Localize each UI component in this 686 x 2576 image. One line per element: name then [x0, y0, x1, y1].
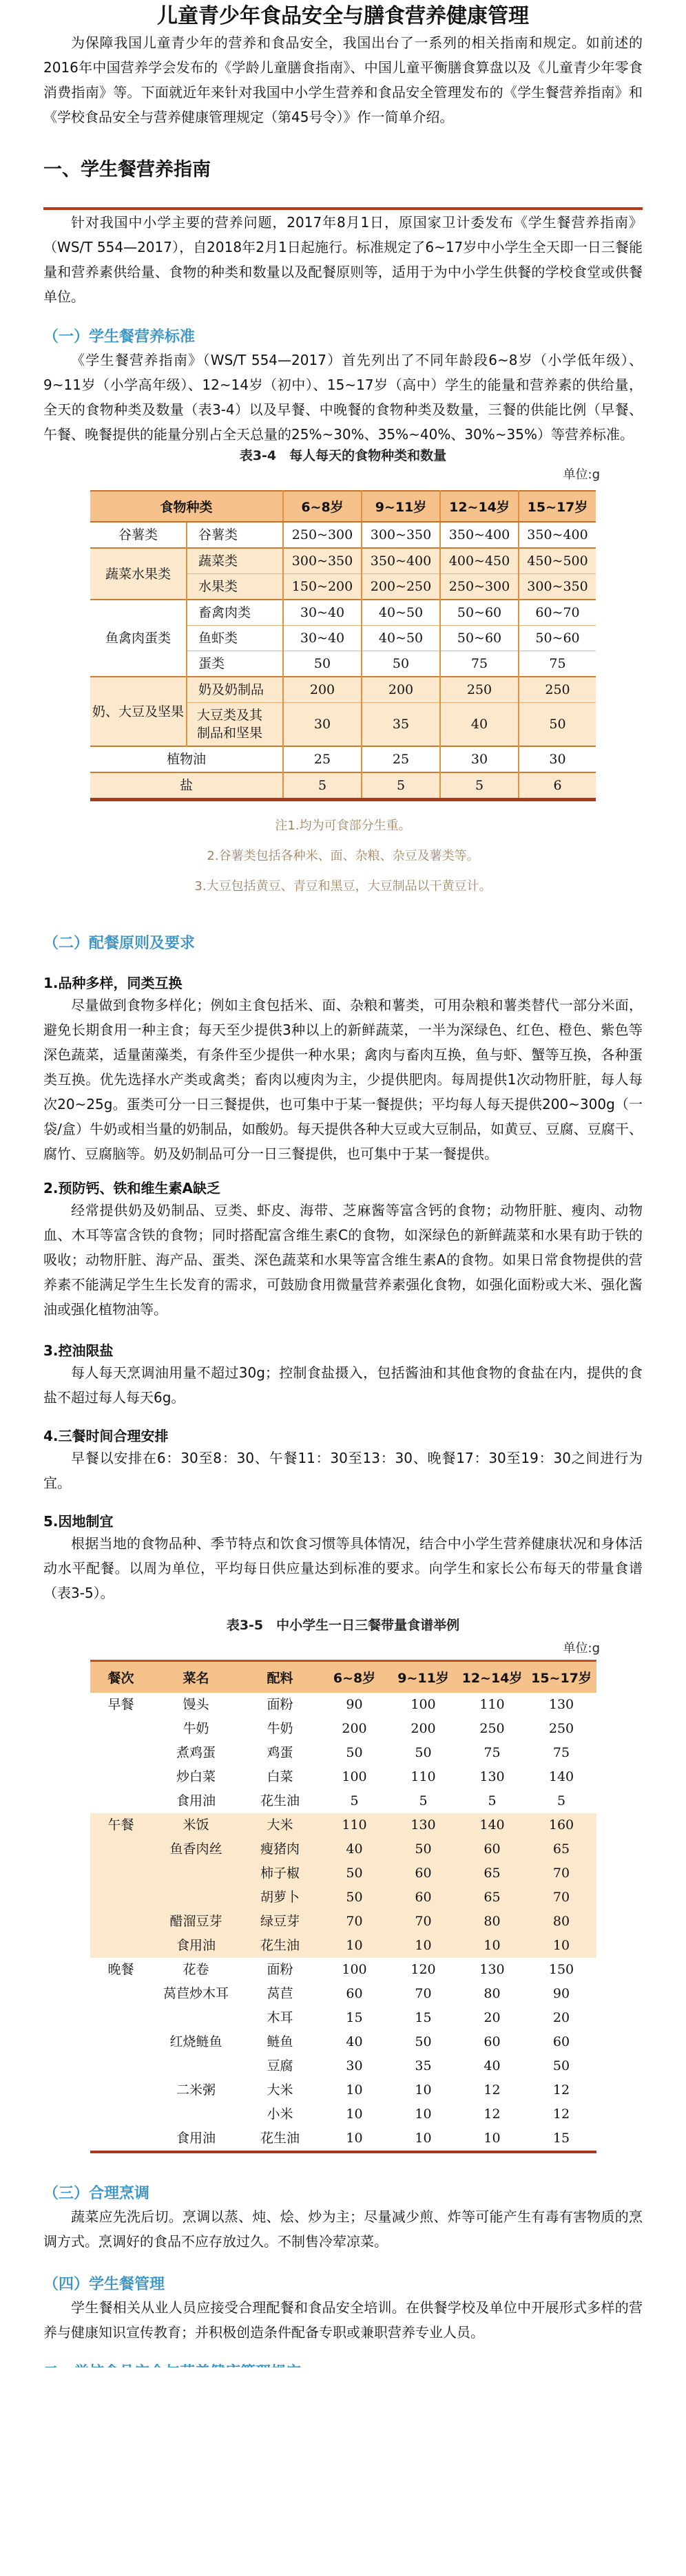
value-cell: 300~350 [362, 522, 440, 548]
value-cell: 75 [519, 651, 596, 677]
value-cell: 5 [440, 772, 519, 800]
table-row: 鱼香肉丝 瘦猪肉 40 50 60 65 [90, 1837, 596, 1861]
ingredient-cell: 莴苣 [240, 1982, 320, 2006]
value-cell: 60 [527, 2030, 596, 2054]
value-cell: 40 [458, 2054, 527, 2078]
value-cell: 250 [458, 1717, 527, 1741]
dish-cell [152, 2054, 240, 2078]
value-cell: 65 [527, 1837, 596, 1861]
dish-cell: 鱼香肉丝 [152, 1837, 240, 1861]
meal-cell [90, 2078, 152, 2102]
document-page: 儿童青少年食品安全与膳食营养健康管理 为保障我国儿童青少年的营养和食品安全，我国… [0, 3, 686, 2367]
ingredient-cell: 白菜 [240, 1765, 320, 1789]
value-cell: 200 [283, 677, 362, 703]
value-cell: 10 [389, 1934, 458, 1958]
ingredient-cell: 柿子椒 [240, 1861, 320, 1886]
value-cell: 50~60 [519, 626, 596, 651]
value-cell: 50 [527, 2054, 596, 2078]
value-cell: 200~250 [362, 574, 440, 600]
value-cell: 65 [458, 1861, 527, 1886]
column-header: 食物种类 [90, 491, 283, 522]
table-row: 奶、大豆及坚果 奶及奶制品 200 200 250 250 [90, 677, 596, 703]
value-cell: 50 [389, 2030, 458, 2054]
table-row: 胡萝卜 50 60 65 70 [90, 1886, 596, 1910]
table-note: 2.谷薯类包括各种米、面、杂粮、杂豆及薯类等。 [43, 848, 643, 865]
table-row: 煮鸡蛋 鸡蛋 50 50 75 75 [90, 1741, 596, 1765]
value-cell: 12 [458, 2102, 527, 2126]
dish-cell: 煮鸡蛋 [152, 1741, 240, 1765]
table-row: 谷薯类 谷薯类 250~300 300~350 350~400 350~400 [90, 522, 596, 548]
food-group-cell: 谷薯类 [90, 522, 187, 548]
value-cell: 130 [389, 1813, 458, 1837]
item-2-paragraph: 经常提供奶及奶制品、豆类、虾皮、海带、芝麻酱等富含钙的食物；动物肝脏、瘦肉、动物… [43, 1198, 643, 1322]
value-cell: 350~400 [362, 548, 440, 574]
food-sub-cell: 蛋类 [187, 651, 283, 677]
value-cell: 50 [362, 651, 440, 677]
value-cell: 250~300 [440, 574, 519, 600]
dish-cell: 莴苣炒木耳 [152, 1982, 240, 2006]
meal-cell: 午餐 [90, 1813, 152, 1837]
value-cell: 5 [389, 1789, 458, 1813]
value-cell: 20 [458, 2006, 527, 2030]
value-cell: 10 [389, 2078, 458, 2102]
value-cell: 40 [320, 1837, 389, 1861]
value-cell: 130 [458, 1958, 527, 1982]
value-cell: 12 [527, 2078, 596, 2102]
value-cell: 10 [458, 1934, 527, 1958]
subsection-1-heading: （一）学生餐营养标准 [43, 327, 643, 348]
table-3-5-caption: 表3-5 中小学生一日三餐带量食谱举例 [43, 1616, 643, 1635]
value-cell: 150~200 [283, 574, 362, 600]
value-cell: 5 [458, 1789, 527, 1813]
item-3-paragraph: 每人每天烹调油用量不超过30g；控制食盐摄入，包括酱油和其他食物的食盐在内，提供… [43, 1360, 643, 1410]
value-cell: 120 [389, 1958, 458, 1982]
meal-cell [90, 1789, 152, 1813]
food-group-cell: 盐 [90, 772, 283, 800]
value-cell: 35 [362, 703, 440, 747]
table-row: 柿子椒 50 60 65 70 [90, 1861, 596, 1886]
table-row: 牛奶 牛奶 200 200 250 250 [90, 1717, 596, 1741]
subsection-4-heading: （四）学生餐管理 [43, 2274, 643, 2295]
table-row: 早餐 馒头 面粉 90 100 110 130 [90, 1693, 596, 1717]
dish-cell: 食用油 [152, 2126, 240, 2152]
item-4-heading: 4.三餐时间合理安排 [43, 1426, 643, 1446]
ingredient-cell: 花生油 [240, 1789, 320, 1813]
dish-cell: 醋溜豆芽 [152, 1910, 240, 1934]
value-cell: 50 [389, 1741, 458, 1765]
value-cell: 60 [389, 1861, 458, 1886]
dish-cell: 炒白菜 [152, 1765, 240, 1789]
value-cell: 15 [320, 2006, 389, 2030]
meal-cell [90, 2054, 152, 2078]
meal-cell [90, 1982, 152, 2006]
food-group-cell: 植物油 [90, 746, 283, 772]
value-cell: 70 [389, 1910, 458, 1934]
value-cell: 40~50 [362, 626, 440, 651]
value-cell: 140 [527, 1765, 596, 1789]
value-cell: 40 [440, 703, 519, 747]
table-row: 二米粥 大米 10 10 12 12 [90, 2078, 596, 2102]
value-cell: 150 [527, 1958, 596, 1982]
value-cell: 200 [362, 677, 440, 703]
item-4-paragraph: 早餐以安排在6：30至8：30、午餐11：30至13：30、晚餐17：30至19… [43, 1446, 643, 1495]
dish-cell [152, 1861, 240, 1886]
value-cell: 40 [320, 2030, 389, 2054]
value-cell: 80 [458, 1910, 527, 1934]
table-note: 注1.均为可食部分生重。 [43, 818, 643, 834]
item-5-paragraph: 根据当地的食物品种、季节特点和饮食习惯等具体情况，结合中小学生营养健康状况和身体… [43, 1531, 643, 1605]
value-cell: 110 [389, 1765, 458, 1789]
value-cell: 50~60 [440, 626, 519, 651]
value-cell: 10 [320, 2126, 389, 2152]
ingredient-cell: 花生油 [240, 1934, 320, 1958]
meal-cell [90, 2006, 152, 2030]
meal-cell [90, 2030, 152, 2054]
ingredient-cell: 鸡蛋 [240, 1741, 320, 1765]
column-header: 9~11岁 [362, 491, 440, 522]
subsection-3-heading: （三）合理烹调 [43, 2184, 643, 2204]
food-sub-cell: 奶及奶制品 [187, 677, 283, 703]
value-cell: 60 [458, 1837, 527, 1861]
ingredient-cell: 木耳 [240, 2006, 320, 2030]
table-row: 鱼禽肉蛋类 畜禽肉类 30~40 40~50 50~60 60~70 [90, 600, 596, 626]
food-sub-cell: 蔬菜类 [187, 548, 283, 574]
column-header: 6~8岁 [320, 1661, 389, 1693]
value-cell: 160 [527, 1813, 596, 1837]
value-cell: 12 [527, 2102, 596, 2126]
section-1-paragraph: 针对我国中小学主要的营养问题，2017年8月1日，原国家卫计委发布《学生餐营养指… [43, 210, 643, 309]
table-3-4: 食物种类 6~8岁 9~11岁 12~14岁 15~17岁 谷薯类 谷薯类 25… [90, 490, 596, 801]
food-sub-cell: 大豆类及其制品和坚果 [187, 703, 283, 747]
value-cell: 100 [320, 1958, 389, 1982]
table-row: 莴苣炒木耳 莴苣 60 70 80 90 [90, 1982, 596, 2006]
meal-cell [90, 1861, 152, 1886]
column-header: 12~14岁 [458, 1661, 527, 1693]
value-cell: 90 [527, 1982, 596, 2006]
food-sub-cell: 鱼虾类 [187, 626, 283, 651]
intro-paragraph: 为保障我国儿童青少年的营养和食品安全，我国出台了一系列的相关指南和规定。如前述的… [43, 30, 643, 129]
ingredient-cell: 豆腐 [240, 2054, 320, 2078]
ingredient-cell: 绿豆芽 [240, 1910, 320, 1934]
section-1-heading: 一、学生餐营养指南 [43, 157, 643, 182]
value-cell: 250 [440, 677, 519, 703]
value-cell: 60 [320, 1982, 389, 2006]
value-cell: 30 [519, 746, 596, 772]
item-3-heading: 3.控油限盐 [43, 1341, 643, 1360]
item-1-heading: 1.品种多样，同类互换 [43, 973, 643, 993]
value-cell: 30 [283, 703, 362, 747]
page-title: 儿童青少年食品安全与膳食营养健康管理 [43, 3, 643, 30]
table-3-5-unit-label: 单位:g [43, 1640, 643, 1657]
section-2-heading-cutoff: 二、学校食品安全与营养健康管理规定 [43, 2363, 643, 2367]
dish-cell [152, 1886, 240, 1910]
table-row: 食用油 花生油 10 10 10 10 [90, 1934, 596, 1958]
value-cell: 10 [458, 2126, 527, 2152]
dish-cell: 食用油 [152, 1789, 240, 1813]
value-cell: 50 [320, 1861, 389, 1886]
ingredient-cell: 鲢鱼 [240, 2030, 320, 2054]
table-header-row: 餐次 菜名 配料 6~8岁 9~11岁 12~14岁 15~17岁 [90, 1661, 596, 1693]
table-row: 蔬菜水果类 蔬菜类 300~350 350~400 400~450 450~50… [90, 548, 596, 574]
meal-cell [90, 1765, 152, 1789]
subsection-1-paragraph: 《学生餐营养指南》（WS/T 554—2017）首先列出了不同年龄段6~8岁（小… [43, 348, 643, 447]
value-cell: 30 [440, 746, 519, 772]
value-cell: 100 [389, 1693, 458, 1717]
value-cell: 40~50 [362, 600, 440, 626]
value-cell: 300~350 [283, 548, 362, 574]
column-header: 6~8岁 [283, 491, 362, 522]
table-row: 豆腐 30 35 40 50 [90, 2054, 596, 2078]
item-1-paragraph: 尽量做到食物多样化；例如主食包括米、面、杂粮和薯类，可用杂粮和薯类替代一部分米面… [43, 993, 643, 1166]
value-cell: 30~40 [283, 626, 362, 651]
value-cell: 10 [527, 1934, 596, 1958]
meal-cell [90, 2126, 152, 2152]
column-header: 15~17岁 [527, 1661, 596, 1693]
item-2-heading: 2.预防钙、铁和维生素A缺乏 [43, 1179, 643, 1198]
value-cell: 35 [389, 2054, 458, 2078]
dish-cell [152, 2102, 240, 2126]
value-cell: 50 [320, 1886, 389, 1910]
table-row: 木耳 15 15 20 20 [90, 2006, 596, 2030]
value-cell: 60~70 [519, 600, 596, 626]
meal-cell: 晚餐 [90, 1958, 152, 1982]
dish-cell: 二米粥 [152, 2078, 240, 2102]
table-3-4-unit-label: 单位:g [43, 467, 643, 483]
column-header: 配料 [240, 1661, 320, 1693]
table-row: 午餐 米饭 大米 110 130 140 160 [90, 1813, 596, 1837]
table-row: 植物油 25 25 30 30 [90, 746, 596, 772]
value-cell: 110 [458, 1693, 527, 1717]
table-row: 盐 5 5 5 6 [90, 772, 596, 800]
dish-cell: 馒头 [152, 1693, 240, 1717]
meal-cell [90, 1717, 152, 1741]
food-sub-cell: 谷薯类 [187, 522, 283, 548]
value-cell: 6 [519, 772, 596, 800]
value-cell: 300~350 [519, 574, 596, 600]
ingredient-cell: 大米 [240, 1813, 320, 1837]
value-cell: 60 [458, 2030, 527, 2054]
value-cell: 50 [320, 1741, 389, 1765]
value-cell: 50 [283, 651, 362, 677]
value-cell: 50 [519, 703, 596, 747]
table-3-5: 餐次 菜名 配料 6~8岁 9~11岁 12~14岁 15~17岁 早餐 馒头 … [90, 1660, 596, 2153]
meal-cell [90, 1910, 152, 1934]
dish-cell: 花卷 [152, 1958, 240, 1982]
value-cell: 15 [527, 2126, 596, 2152]
value-cell: 130 [458, 1765, 527, 1789]
dish-cell: 牛奶 [152, 1717, 240, 1741]
item-5-heading: 5.因地制宜 [43, 1512, 643, 1531]
ingredient-cell: 大米 [240, 2078, 320, 2102]
subsection-2-heading: （二）配餐原则及要求 [43, 933, 643, 954]
ingredient-cell: 牛奶 [240, 1717, 320, 1741]
meal-cell [90, 1741, 152, 1765]
value-cell: 10 [320, 2078, 389, 2102]
table-header-row: 食物种类 6~8岁 9~11岁 12~14岁 15~17岁 [90, 491, 596, 522]
value-cell: 90 [320, 1693, 389, 1717]
value-cell: 70 [527, 1886, 596, 1910]
table-row: 醋溜豆芽 绿豆芽 70 70 80 80 [90, 1910, 596, 1934]
column-header: 12~14岁 [440, 491, 519, 522]
value-cell: 250 [527, 1717, 596, 1741]
dish-cell: 红烧鲢鱼 [152, 2030, 240, 2054]
table-note: 3.大豆包括黄豆、青豆和黑豆，大豆制品以干黄豆计。 [43, 878, 643, 895]
value-cell: 25 [283, 746, 362, 772]
value-cell: 80 [458, 1982, 527, 2006]
value-cell: 70 [527, 1861, 596, 1886]
value-cell: 140 [458, 1813, 527, 1837]
value-cell: 450~500 [519, 548, 596, 574]
value-cell: 350~400 [519, 522, 596, 548]
food-group-cell: 鱼禽肉蛋类 [90, 600, 187, 677]
value-cell: 10 [389, 2126, 458, 2152]
column-header: 餐次 [90, 1661, 152, 1693]
value-cell: 20 [527, 2006, 596, 2030]
ingredient-cell: 面粉 [240, 1693, 320, 1717]
table-row: 红烧鲢鱼 鲢鱼 40 50 60 60 [90, 2030, 596, 2054]
value-cell: 75 [440, 651, 519, 677]
value-cell: 25 [362, 746, 440, 772]
value-cell: 60 [389, 1886, 458, 1910]
value-cell: 130 [527, 1693, 596, 1717]
value-cell: 250 [519, 677, 596, 703]
table-row: 炒白菜 白菜 100 110 130 140 [90, 1765, 596, 1789]
table-row: 食用油 花生油 10 10 10 15 [90, 2126, 596, 2152]
value-cell: 80 [527, 1910, 596, 1934]
dish-cell [152, 2006, 240, 2030]
table-3-4-caption: 表3-4 每人每天的食物种类和数量 [43, 447, 643, 465]
meal-cell [90, 1886, 152, 1910]
dish-cell: 米饭 [152, 1813, 240, 1837]
meal-cell: 早餐 [90, 1693, 152, 1717]
value-cell: 5 [527, 1789, 596, 1813]
ingredient-cell: 面粉 [240, 1958, 320, 1982]
food-group-cell: 蔬菜水果类 [90, 548, 187, 600]
value-cell: 75 [458, 1741, 527, 1765]
value-cell: 200 [389, 1717, 458, 1741]
table-row: 晚餐 花卷 面粉 100 120 130 150 [90, 1958, 596, 1982]
value-cell: 70 [389, 1982, 458, 2006]
meal-cell [90, 2102, 152, 2126]
food-sub-cell: 水果类 [187, 574, 283, 600]
value-cell: 400~450 [440, 548, 519, 574]
ingredient-cell: 小米 [240, 2102, 320, 2126]
value-cell: 5 [320, 1789, 389, 1813]
meal-cell [90, 1837, 152, 1861]
value-cell: 5 [362, 772, 440, 800]
value-cell: 50~60 [440, 600, 519, 626]
table-row: 食用油 花生油 5 5 5 5 [90, 1789, 596, 1813]
value-cell: 5 [283, 772, 362, 800]
ingredient-cell: 瘦猪肉 [240, 1837, 320, 1861]
value-cell: 200 [320, 1717, 389, 1741]
subsection-3-paragraph: 蔬菜应先洗后切。烹调以蒸、炖、烩、炒为主；尽量减少煎、炸等可能产生有毒有害物质的… [43, 2204, 643, 2254]
dish-cell: 食用油 [152, 1934, 240, 1958]
value-cell: 10 [320, 1934, 389, 1958]
value-cell: 30~40 [283, 600, 362, 626]
value-cell: 10 [389, 2102, 458, 2126]
food-group-cell: 奶、大豆及坚果 [90, 677, 187, 746]
cutoff-section: 二、学校食品安全与营养健康管理规定 [43, 2363, 643, 2367]
value-cell: 10 [320, 2102, 389, 2126]
column-header: 菜名 [152, 1661, 240, 1693]
ingredient-cell: 花生油 [240, 2126, 320, 2152]
value-cell: 110 [320, 1813, 389, 1837]
value-cell: 12 [458, 2078, 527, 2102]
value-cell: 100 [320, 1765, 389, 1789]
value-cell: 70 [320, 1910, 389, 1934]
column-header: 15~17岁 [519, 491, 596, 522]
value-cell: 30 [320, 2054, 389, 2078]
value-cell: 50 [389, 1837, 458, 1861]
meal-cell [90, 1934, 152, 1958]
value-cell: 65 [458, 1886, 527, 1910]
column-header: 9~11岁 [389, 1661, 458, 1693]
value-cell: 15 [389, 2006, 458, 2030]
ingredient-cell: 胡萝卜 [240, 1886, 320, 1910]
value-cell: 250~300 [283, 522, 362, 548]
food-sub-cell: 畜禽肉类 [187, 600, 283, 626]
table-row: 小米 10 10 12 12 [90, 2102, 596, 2126]
value-cell: 350~400 [440, 522, 519, 548]
subsection-4-paragraph: 学生餐相关从业人员应接受合理配餐和食品安全培训。在供餐学校及单位中开展形式多样的… [43, 2295, 643, 2345]
value-cell: 75 [527, 1741, 596, 1765]
